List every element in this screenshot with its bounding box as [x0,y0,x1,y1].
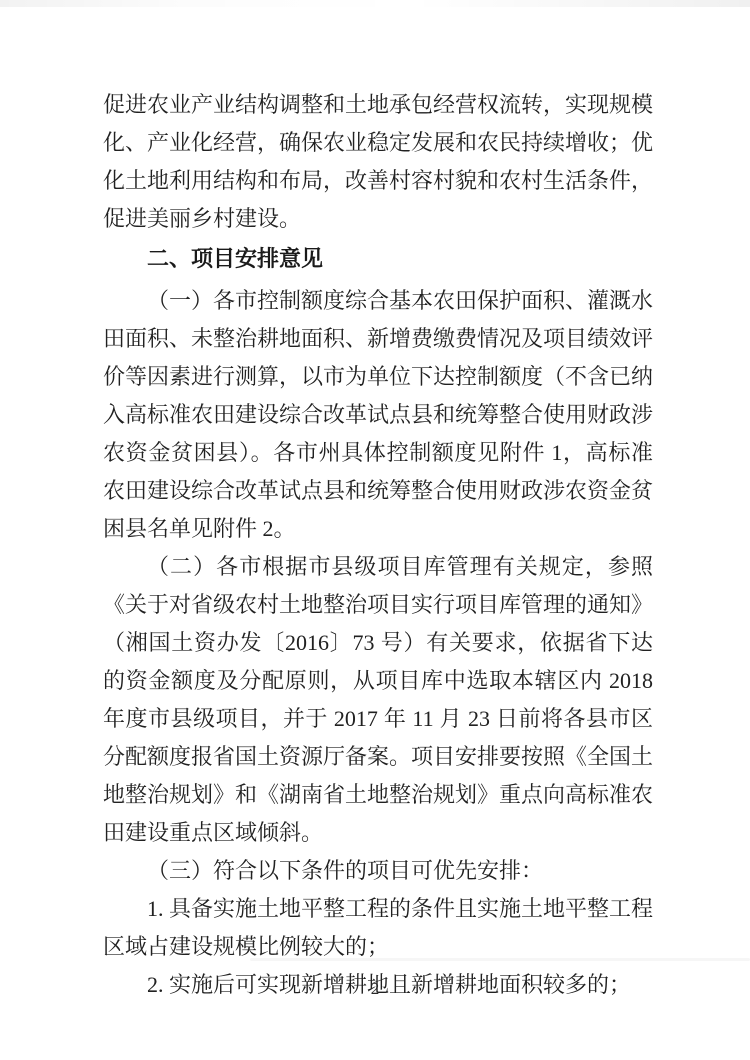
paragraph-item-3: （三）符合以下条件的项目可优先安排： [103,852,653,890]
body-text: 促进农业产业结构调整和土地承包经营权流转，实现规模化、产业化经营，确保农业稳定发… [103,86,653,1004]
paragraph-item-1: （一）各市控制额度综合基本农田保护面积、灌溉水田面积、未整治耕地面积、新增费缴费… [103,282,653,548]
document-page: 促进农业产业结构调整和土地承包经营权流转，实现规模化、产业化经营，确保农业稳定发… [0,0,750,1060]
paragraph-continuation: 促进农业产业结构调整和土地承包经营权流转，实现规模化、产业化经营，确保农业稳定发… [103,86,653,238]
paragraph-item-2: （二）各市根据市县级项目库管理有关规定，参照《关于对省级农村土地整治项目实行项目… [103,548,653,852]
scan-artifact [0,0,750,7]
section-heading: 二、项目安排意见 [103,240,653,278]
page-number: 2 [0,978,750,1000]
scan-artifact [250,958,750,961]
list-item-1: 1. 具备实施土地平整工程的条件且实施土地平整工程区域占建设规模比例较大的； [103,890,653,966]
